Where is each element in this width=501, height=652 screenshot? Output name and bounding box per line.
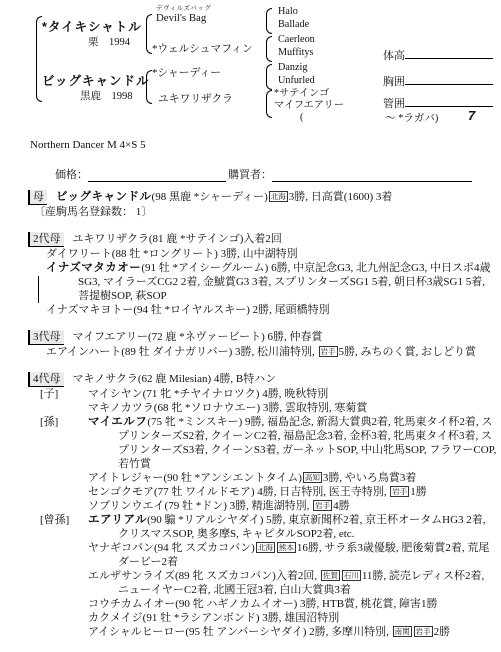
record-text: 2勝 [434,626,451,638]
record-line: ヤナギコバン(94 牝 スズカコバン)北海熊本16勝, サラ系3歳優駿, 肥後菊… [28,541,498,569]
record-line: [曾孫]エアリアル(90 騸 *リアルシヤダイ) 5勝, 東京新聞杯2着, 京王… [28,513,498,541]
record-text: エルザサンライズ(89 牝 スズカコバン)入着2回, [88,570,320,582]
record-line: ダイワリート(88 牡 *ロングリート) 3勝, 山中湖特別 [28,247,498,261]
price-label: 価格： [55,169,88,181]
record-line: マキノカツラ(68 牝 *ソロナウエー) 3勝, 雲取特別, 寒菊賞 [28,401,498,415]
record-line: エアインハート(89 牡 ダイナガリバー) 3勝, 松川浦特別, 岩手5勝, み… [28,345,498,359]
record-line: コウチカムイオー(90 牝 ハギノカムイオー) 3勝, HTB賞, 桃花賞, 障… [28,597,498,611]
section-head-text: ビッグキャンドル(98 黒鹿 *シャーディー)北海3勝, 日高賞(1600) 3… [56,191,392,203]
record-line: 〔産駒馬名登録数： 1〕 [28,205,498,219]
gen3-name: Halo [278,6,298,18]
record-text: 4勝 [333,500,350,512]
region-badge: 岩手 [319,346,338,358]
sire-dam-name: *ウェルシュマフィン [152,42,253,56]
record-line: イナズマタカオー(91 牡 *アイシーグルーム) 6勝, 中京記念G3, 北九州… [28,261,498,303]
record-text: マイシヤン(71 牝 *チヤイナロツク) 4勝, 晩秋特別 [88,388,328,400]
horse-name: イナズマタカオー [46,262,141,274]
record-text: アイトレジャー(90 牡 *アンシエントタイム) [88,472,302,484]
section-label: 4代母 [28,372,64,387]
section-label: 3代母 [28,330,64,345]
dam-name: ビッグキャンドル [42,74,150,88]
sire-name: *タイキシャトル [42,20,142,34]
measurement-cannon: 管囲 [383,96,493,111]
region-badge: 高知 [303,472,322,484]
record-line: カクメイジ(91 牡 *ラシアンボンド) 3勝, 雄国沼特別 [28,611,498,625]
section-head-text: マキノサクラ(62 鹿 Milesian) 4勝, B特ハン [73,373,277,385]
family-number: 7 [468,109,475,123]
gen3-name: Unfurled [278,75,315,87]
family-open-paren: ( [300,112,303,124]
record-line: [子]マイシヤン(71 牝 *チヤイナロツク) 4勝, 晩秋特別 [28,387,498,401]
region-badge: 北海 [269,191,288,203]
measurement-blank-line [405,96,493,107]
record-text: ソブリンウエイ(79 牡 *ドン) 3勝, 精進湖特別, [88,500,312,512]
dam-color-year: 黒鹿 1998 [80,90,133,104]
region-badge: 岩手 [313,500,332,512]
group-label: [子] [40,387,58,401]
section-label: 2代母 [28,232,64,247]
record-text: マキノサクラ(62 鹿 Milesian) 4勝, B特ハン [73,373,277,385]
region-badge: 佐賀 [321,570,340,582]
pedigree-bracket [266,64,272,90]
price-blank-line [88,170,226,182]
measurement-height: 体高 [383,48,493,63]
record-text: マイフエアリー(72 鹿 *ネヴァービート) 6勝, 仲春賞 [73,331,323,343]
pedigree-section: 2代母ユキワリザクラ(81 鹿 *サテインゴ)入着2回ダイワリート(88 牡 *… [28,232,498,317]
region-badge: 熊本 [277,542,296,554]
record-line: エルザサンライズ(89 牝 スズカコバン)入着2回, 佐賀石川11勝, 読売レデ… [28,569,498,597]
measurement-label: 体高 [383,50,405,62]
record-text: カクメイジ(91 牡 *ラシアンボンド) 3勝, 雄国沼特別 [88,612,339,624]
record-text: ダイワリート(88 牡 *ロングリート) 3勝, 山中湖特別 [46,248,298,260]
region-badge: 岩手 [390,486,409,498]
record-text: コウチカムイオー(90 牝 ハギノカムイオー) 3勝, HTB賞, 桃花賞, 障… [88,598,438,610]
record-text: (75 牝 *ミンスキー) 9勝, 福島記念, 新潟大賞典2着, 牝馬東タイ杯2… [118,416,496,470]
section-head: 母ビッグキャンドル(98 黒鹿 *シャーディー)北海3勝, 日高賞(1600) … [28,190,498,205]
section-head-text: マイフエアリー(72 鹿 *ネヴァービート) 6勝, 仲春賞 [73,331,323,343]
gen3-name: Ballade [278,19,309,31]
record-line: ソブリンウエイ(79 牡 *ドン) 3勝, 精進湖特別, 岩手4勝 [28,499,498,513]
measurement-blank-line [405,48,493,59]
horse-name: エアリアル [88,514,147,526]
record-text: 3勝, やいろ鳥賞3着 [323,472,417,484]
inbreeding-note: Northern Dancer M 4×S 5 [30,138,501,152]
group-label: [孫] [40,415,58,429]
gen3-name: Danzig [278,62,307,74]
record-text: センゴクモア(77 牡 ワイルドモア) 4勝, 日吉特別, 医王寺特別, [88,486,389,498]
pedigree-section: 母ビッグキャンドル(98 黒鹿 *シャーディー)北海3勝, 日高賞(1600) … [28,190,498,219]
record-text: 〔産駒馬名登録数： 1〕 [34,206,152,218]
measurement-label: 胸囲 [383,76,405,88]
price-row: 価格：購買者： [55,168,501,182]
measurement-blank-line [405,74,493,85]
measurement-chest: 胸囲 [383,74,493,89]
section-head: 2代母ユキワリザクラ(81 鹿 *サテインゴ)入着2回 [28,232,498,247]
record-line: [孫]マイエルフ(75 牝 *ミンスキー) 9勝, 福島記念, 新潟大賞典2着,… [28,415,498,471]
region-badge: 北海 [256,542,275,554]
pedigree-bracket [266,90,272,118]
dam-dam-name: ユキワリザクラ [158,92,233,106]
measurement-label: 管囲 [383,98,405,110]
pedigree-bracket [266,8,272,34]
section-head-text: ユキワリザクラ(81 鹿 *サテインゴ)入着2回 [73,233,282,245]
record-text: (98 黒鹿 *シャーディー) [152,191,268,203]
region-badge: 石川 [342,570,361,582]
record-text: ヤナギコバン(94 牝 スズカコバン) [88,542,255,554]
record-line: センゴクモア(77 牡 ワイルドモア) 4勝, 日吉特別, 医王寺特別, 岩手1… [28,485,498,499]
record-text: マキノカツラ(68 牝 *ソロナウエー) 3勝, 雲取特別, 寒菊賞 [88,402,367,414]
section-head: 4代母マキノサクラ(62 鹿 Milesian) 4勝, B特ハン [28,372,498,387]
record-line: アイトレジャー(90 牡 *アンシエントタイム)高知3勝, やいろ鳥賞3着 [28,471,498,485]
record-text: 1勝 [410,486,427,498]
region-badge: 岩手 [414,626,433,638]
horse-name: ビッグキャンドル [56,191,152,203]
horse-name: マイエルフ [88,416,147,428]
gen3-name: Caerleon [278,34,315,46]
gen3-name: Muffitys [278,47,313,59]
record-text: アイシャルヒーロー(95 牡 アンバーシヤダイ) 2勝, 多摩川特別, [88,626,392,638]
record-text: エアインハート(89 牡 ダイナガリバー) 3勝, 松川浦特別, [46,346,318,358]
sire-sire-name: Devil's Bag [156,11,206,25]
pedigree-table: *タイキシャトル 栗 1994 ビッグキャンドル 黒鹿 1998 デヴィルズバッ… [0,0,501,130]
pedigree-section: 4代母マキノサクラ(62 鹿 Milesian) 4勝, B特ハン[子]マイシヤ… [28,372,498,639]
gen3-name: マイフエアリー [274,100,344,112]
group-label: [曾孫] [40,513,69,527]
section-head: 3代母マイフエアリー(72 鹿 *ネヴァービート) 6勝, 仲春賞 [28,330,498,345]
record-text: 3勝, 日高賞(1600) 3着 [289,191,393,203]
record-text: ユキワリザクラ(81 鹿 *サテインゴ)入着2回 [73,233,282,245]
dam-sire-name: *シャーディー [152,66,221,80]
sire-color-year: 栗 1994 [88,36,130,50]
pedigree-section: 3代母マイフエアリー(72 鹿 *ネヴァービート) 6勝, 仲春賞エアインハート… [28,330,498,359]
record-text: 5勝, みちのく賞, おしどり賞 [339,346,477,358]
gen3-name: *サテインゴ [274,88,329,100]
buyer-blank-line [272,170,472,182]
section-label: 母 [28,190,47,205]
buyer-label: 購買者： [228,169,272,181]
family-line-origin: ～ *ラガバ) [385,112,438,126]
catalog-sections: 母ビッグキャンドル(98 黒鹿 *シャーディー)北海3勝, 日高賞(1600) … [28,190,498,639]
record-line: アイシャルヒーロー(95 牡 アンバーシヤダイ) 2勝, 多摩川特別, 南関岩手… [28,625,498,639]
pedigree-bracket [266,36,272,62]
region-badge: 南関 [393,626,412,638]
record-text: (90 騸 *リアルシヤダイ) 5勝, 東京新聞杯2着, 京王杯オータムHG3 … [118,514,486,540]
record-line: イナズマキヨトー(94 牡 *ロイヤルスキー) 2勝, 尾頭橋特別 [28,303,498,317]
record-text: イナズマキヨトー(94 牡 *ロイヤルスキー) 2勝, 尾頭橋特別 [46,304,330,316]
